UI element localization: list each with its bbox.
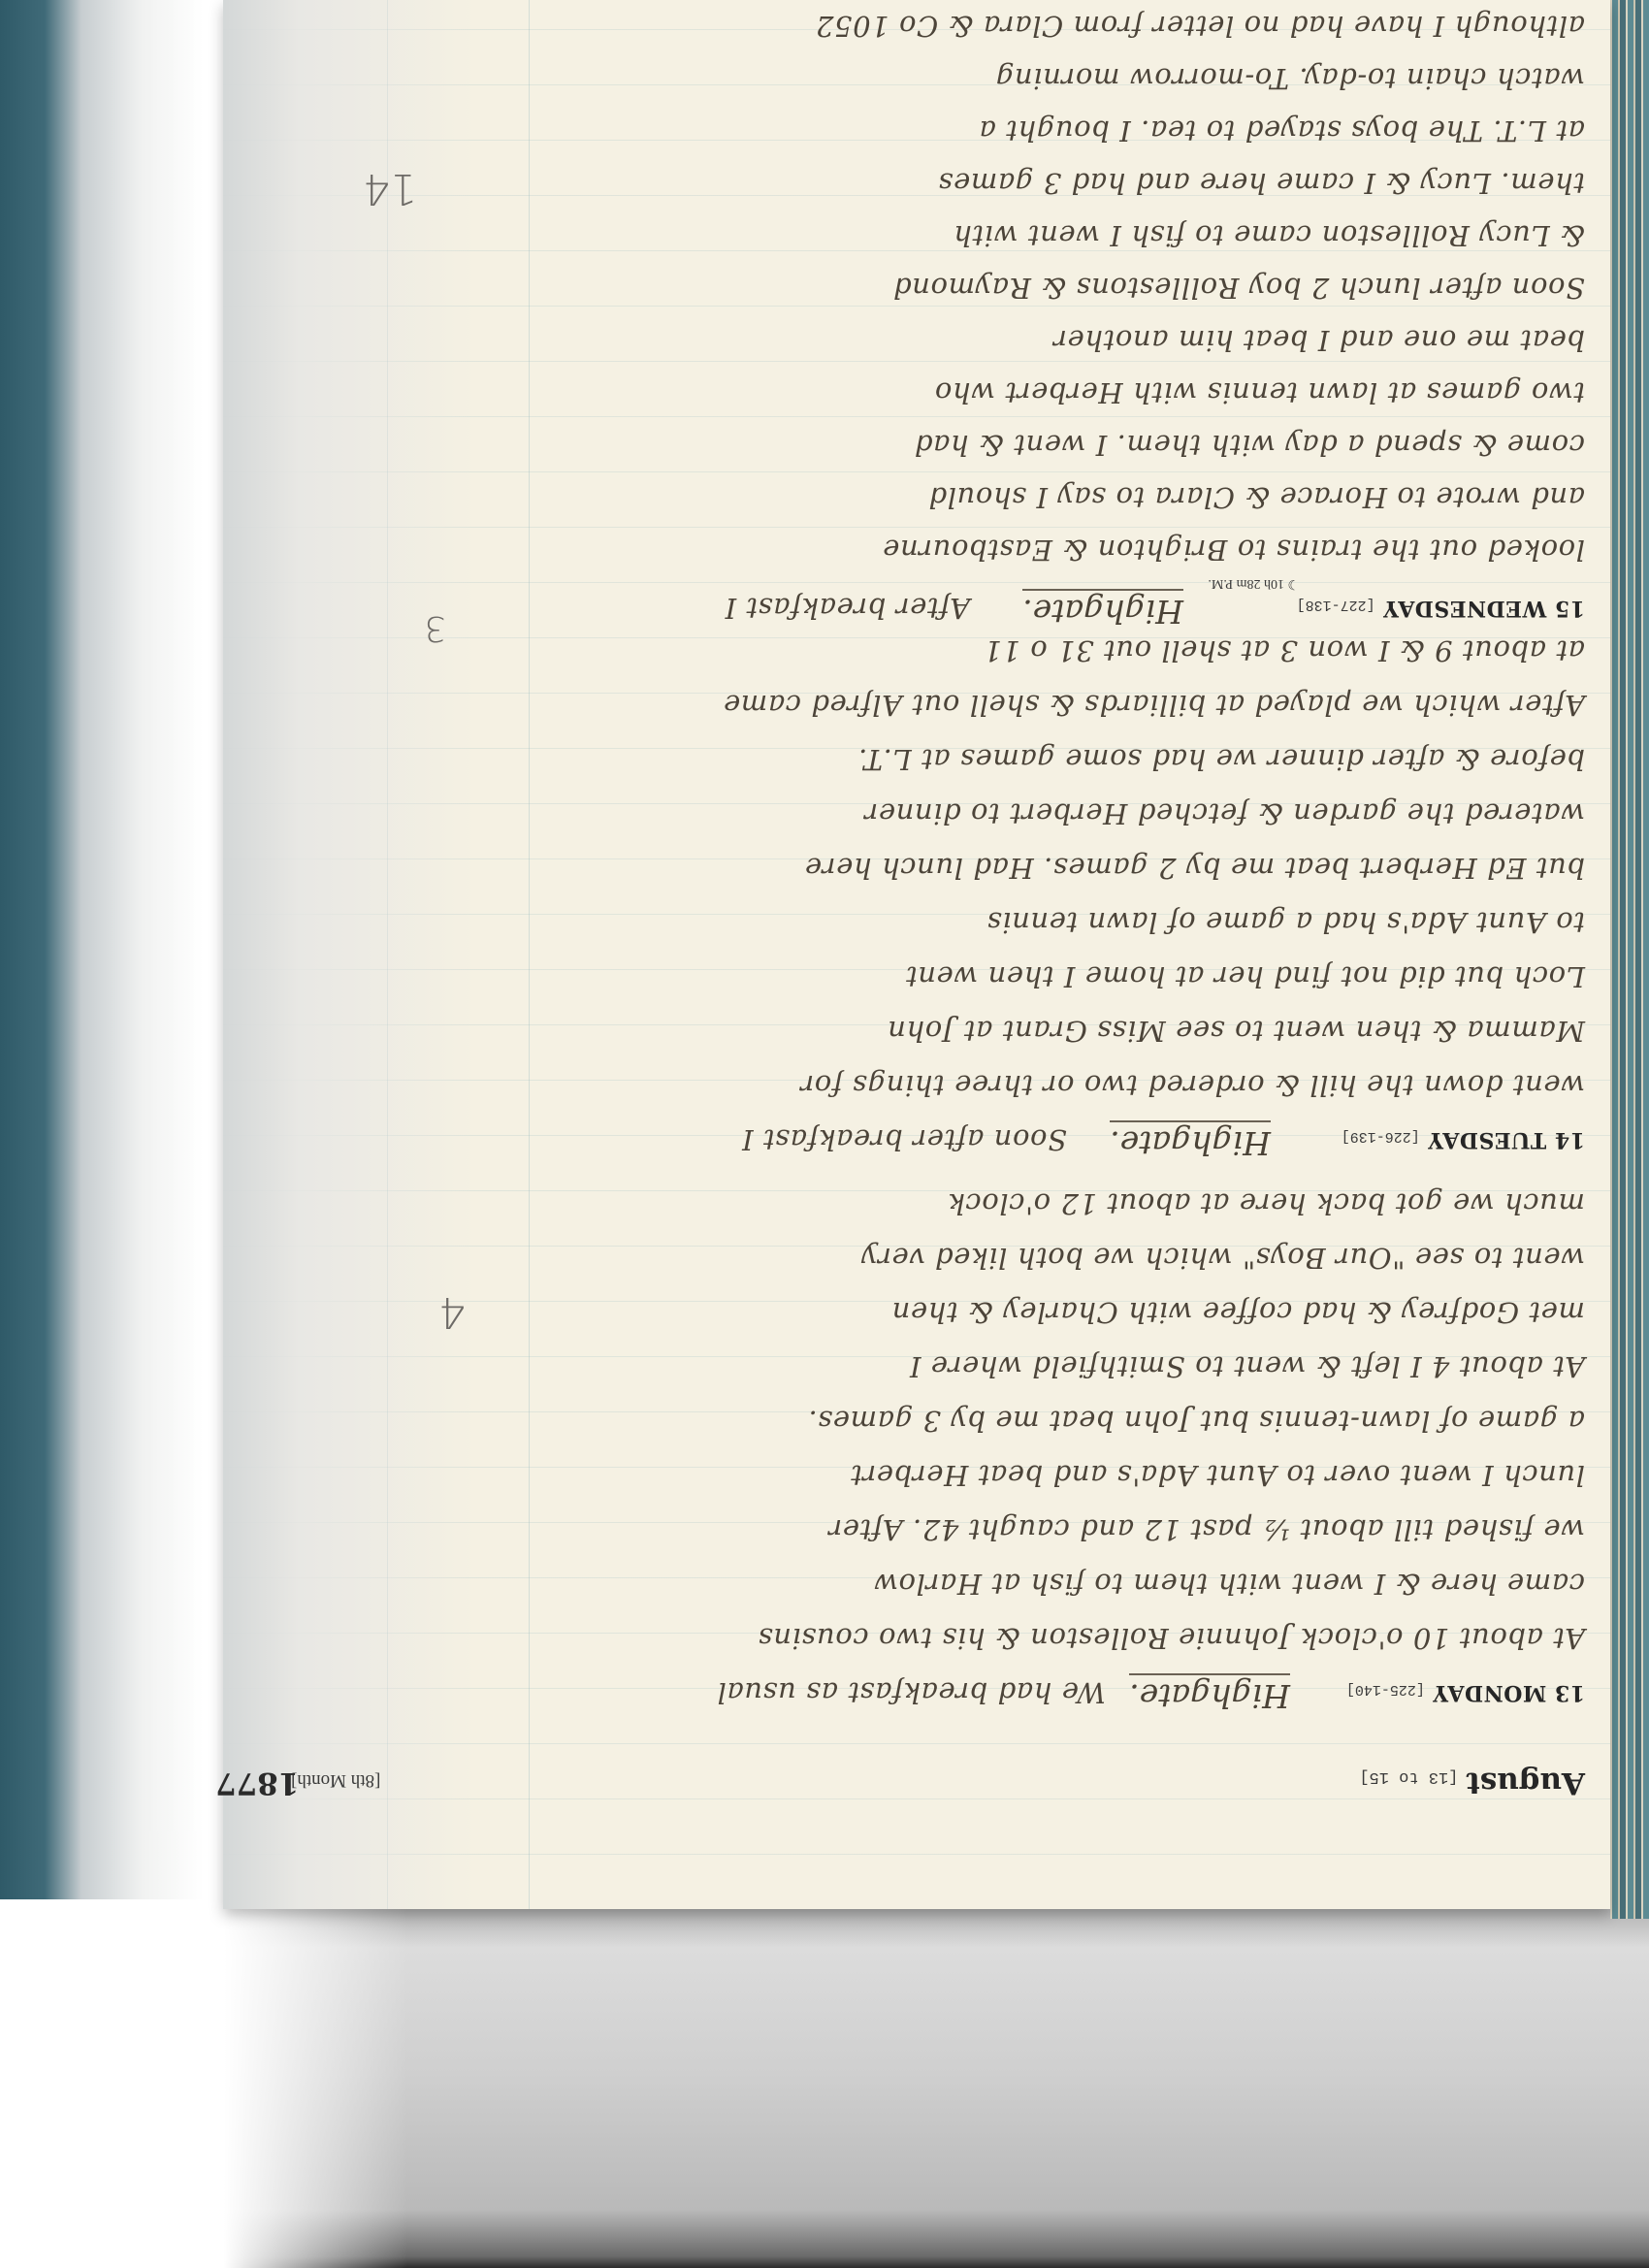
moon-phase-note: ☽ 10h 28m P.M. — [1208, 575, 1300, 592]
diary-line: lunch I went over to Aunt Ada's and beat… — [851, 1459, 1585, 1492]
day-title: 13 MONDAY — [1433, 1680, 1585, 1705]
day-number-code: [226-139] — [1342, 1128, 1420, 1145]
diary-line: After which we played at billiards & she… — [723, 689, 1585, 722]
diary-line: Soon after lunch 2 boy Rolllestons & Ray… — [892, 272, 1585, 305]
diary-line: After breakfast I — [725, 592, 970, 625]
place-name: Highgate. — [1110, 1120, 1271, 1162]
diary-line: watered the garden & fetched Herbert to … — [864, 797, 1585, 830]
diary-line: at about 9 & I won 3 at shell out 31 o 1… — [984, 634, 1585, 667]
diary-line: two games at lawn tennis with Herbert wh… — [934, 376, 1585, 409]
diary-line: Soon after breakfast I — [742, 1123, 1068, 1156]
day-number-code: [227-138] — [1297, 597, 1375, 613]
diary-page: August[13 to 15] [8th Month] 1877 13 MON… — [223, 0, 1610, 1909]
diary-line: beat me one and I beat him another — [1053, 324, 1585, 357]
scanned-diary-page: August[13 to 15] [8th Month] 1877 13 MON… — [0, 0, 1649, 2268]
day-title: 14 TUESDAY — [1428, 1127, 1585, 1152]
book-spine-shadow — [0, 0, 204, 1899]
diary-line: much we got back here at about 12 o'cloc… — [948, 1187, 1585, 1220]
diary-line: them. Lucy & I came here and had 3 games — [938, 167, 1585, 200]
diary-line: although I have had no letter from Clara… — [815, 10, 1585, 43]
diary-line: At about 4 I left & went to Smithfield w… — [909, 1350, 1585, 1383]
day-title: 15 WEDNESDAY — [1383, 596, 1585, 621]
pencil-margin-note: 14 — [363, 164, 417, 213]
diary-line: At about 10 o'clock Johnnie Rolleston & … — [758, 1622, 1585, 1655]
gutter-shadow — [223, 0, 475, 1909]
day-heading: 15 WEDNESDAY[227-138] — [1297, 596, 1585, 621]
page-header: August[13 to 15] [8th Month] 1877 — [223, 1752, 1610, 1800]
pencil-margin-note: 3 — [424, 608, 446, 648]
diary-line: met Godfrey & had coffee with Charley & … — [891, 1296, 1585, 1329]
diary-line: we fished till about ½ past 12 and caugh… — [828, 1513, 1585, 1546]
diary-line: before & after dinner we had some games … — [858, 743, 1585, 776]
diary-line: Mamma & then went to see Miss Grant at J… — [888, 1015, 1585, 1048]
diary-line: and wrote to Horace & Clara to say I sho… — [928, 481, 1585, 514]
diary-line: come & spend a day with them. I went & h… — [914, 429, 1585, 462]
date-range: [13 to 15] — [1359, 1767, 1458, 1786]
diary-line: went down the hill & ordered two or thre… — [800, 1069, 1585, 1102]
diary-line: at L.T. The boys stayed to tea. I bought… — [979, 114, 1585, 147]
month-heading: August[13 to 15] — [1359, 1766, 1585, 1800]
diary-line: Loch but did not find her at home I then… — [905, 960, 1585, 993]
book-page-edges — [1610, 0, 1649, 1919]
year: 1877 — [215, 1766, 299, 1800]
diary-line: came here & I went with them to fish at … — [874, 1568, 1585, 1601]
place-name: Highgate. — [1129, 1673, 1290, 1715]
diary-line: & Lucy Rollleston came to fish I went wi… — [954, 219, 1585, 252]
diary-line: watch chain to-day. To-morrow morning — [995, 62, 1585, 95]
day-number-code: [225-140] — [1346, 1681, 1425, 1698]
diary-line: to Aunt Ada's had a game of lawn tennis — [986, 906, 1585, 939]
day-heading: 13 MONDAY[225-140] — [1346, 1680, 1585, 1705]
diary-line: but Ed Herbert beat me by 2 games. Had l… — [804, 852, 1585, 885]
diary-line: looked out the trains to Brighton & East… — [883, 534, 1585, 567]
month-number: [8th Month] — [291, 1769, 380, 1791]
diary-line: a game of lawn-tennis but John beat me b… — [808, 1405, 1585, 1438]
diary-line: We had breakfast as usual — [717, 1676, 1106, 1709]
day-heading: 14 TUESDAY[226-139] — [1342, 1127, 1585, 1152]
pencil-margin-note: 4 — [438, 1287, 466, 1337]
month-name: August — [1466, 1766, 1585, 1800]
diary-line: went to see "Our Boys" which we both lik… — [860, 1242, 1585, 1275]
place-name: Highgate. — [1022, 589, 1183, 631]
